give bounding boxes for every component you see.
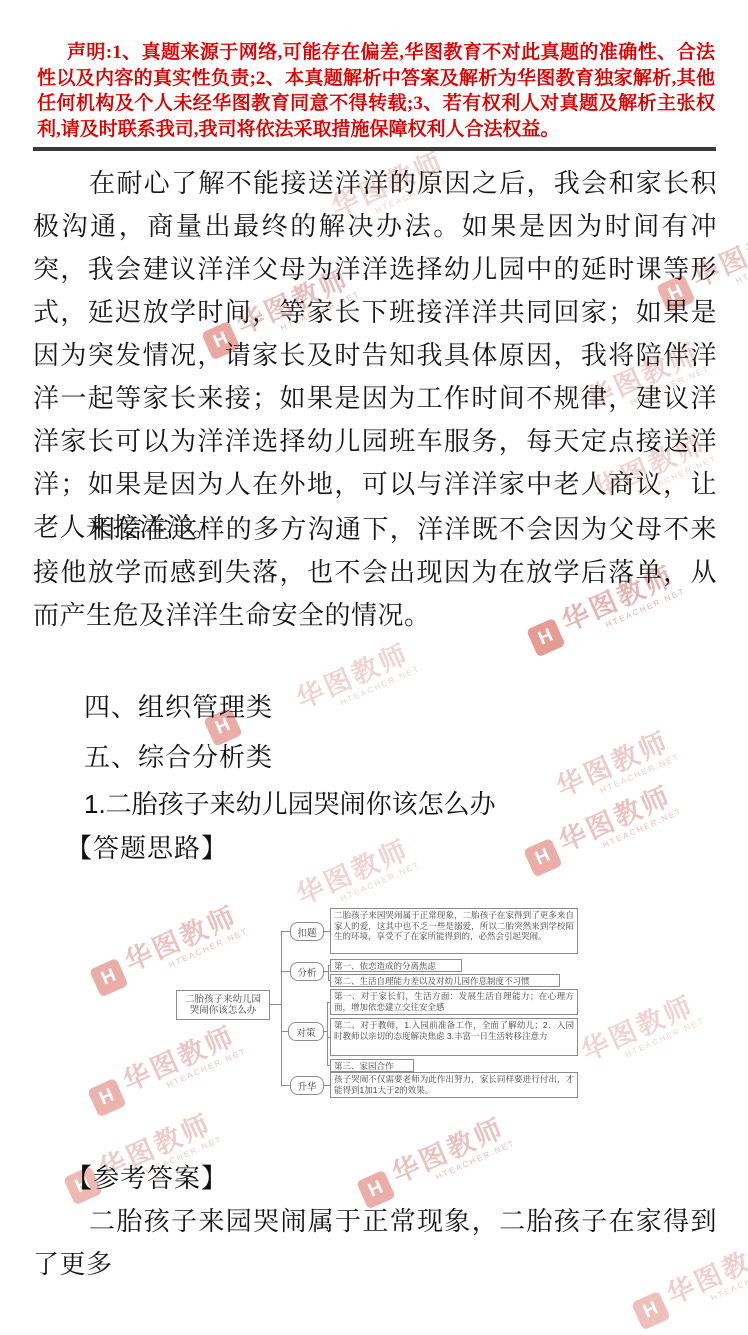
watermark: H华图教师HTEACHER.NET bbox=[293, 638, 422, 722]
diagram-connector bbox=[328, 965, 329, 981]
diagram-node-duice: 对策 bbox=[288, 1022, 324, 1041]
diagram-connector bbox=[281, 931, 290, 932]
watermark: H华图教师HTEACHER.NET bbox=[87, 901, 249, 1000]
disclaimer: 声明:1、真题来源于网络,可能存在偏差,华图教育不对此真题的准确性、合法性以及内… bbox=[37, 40, 715, 142]
watermark: H华图教师HTEACHER.NET bbox=[578, 990, 707, 1074]
watermark-text: 华图教师 bbox=[388, 1113, 512, 1188]
watermark-site: HTEACHER.NET bbox=[339, 665, 421, 707]
watermark-text: 华图教师 bbox=[555, 781, 679, 856]
watermark-site: HTEACHER.NET bbox=[168, 927, 250, 969]
watermark-site: HTEACHER.NET bbox=[735, 243, 748, 285]
diagram-leaf-shenghua-1: 孩子哭闹不仅需要老师为此作出努力，家长同样要进行付出，才能得到1加1大于2的效果… bbox=[330, 1072, 578, 1098]
diagram-leaf-duice-3: 第三、家园合作 bbox=[330, 1059, 414, 1072]
watermark-site: HTEACHER.NET bbox=[435, 1139, 517, 1181]
heading-reference-answer: 【参考答案】 bbox=[66, 1158, 228, 1195]
document-page: H华图教师HTEACHER.NET H华图教师HTEACHER.NET H华图教… bbox=[0, 0, 748, 1335]
watermark-text: 华图教师 bbox=[121, 901, 245, 976]
huatu-logo-icon: H bbox=[523, 837, 563, 877]
paragraph-reference-answer: 二胎孩子来园哭闹属于正常现象，二胎孩子在家得到了更多 bbox=[33, 1200, 717, 1286]
diagram-leaf-fenxi-2: 第二、生活自理能力差以及对幼儿园作息制度不习惯 bbox=[330, 974, 560, 987]
watermark-text: 华图教师 bbox=[553, 726, 677, 801]
watermark: H华图教师HTEACHER.NET bbox=[293, 834, 422, 918]
watermark: H华图教师HTEACHER.NET bbox=[553, 726, 682, 810]
huatu-logo-icon: H bbox=[631, 1290, 671, 1330]
watermark-site: HTEACHER.NET bbox=[339, 861, 421, 903]
paragraph-solution: 在耐心了解不能接送洋洋的原因之后，我会和家长积极沟通，商量出最终的解决办法。如果… bbox=[33, 162, 717, 549]
diagram-node-shenghua: 升华 bbox=[290, 1076, 324, 1095]
heading-section-5: 五、综合分析类 bbox=[84, 737, 273, 774]
diagram-root-node: 二胎孩子来幼儿园哭闹你该怎么办 bbox=[176, 990, 270, 1020]
diagram-node-kouti: 扣题 bbox=[290, 922, 324, 941]
huatu-logo-icon: H bbox=[87, 1077, 127, 1117]
heading-section-4: 四、组织管理类 bbox=[84, 687, 273, 724]
diagram-leaf-kouti-1: 二胎孩子来园哭闹属于正常现象，二胎孩子在家得到了更多来自家人的爱，这其中也不乏一… bbox=[330, 908, 578, 954]
diagram-leaf-fenxi-1: 第一、依恋造成的分离焦虑 bbox=[330, 959, 462, 972]
diagram-connector bbox=[281, 931, 282, 1085]
watermark-text: 华图教师 bbox=[119, 1021, 243, 1096]
watermark-site: HTEACHER.NET bbox=[602, 807, 684, 849]
heading-answer-idea: 【答题思路】 bbox=[66, 828, 228, 865]
watermark-site: HTEACHER.NET bbox=[166, 1047, 248, 1089]
watermark: H华图教师HTEACHER.NET bbox=[85, 1021, 247, 1120]
diagram-connector bbox=[281, 1085, 290, 1086]
heading-question-1: 1.二胎孩子来幼儿园哭闹你该怎么办 bbox=[84, 784, 496, 821]
divider-line bbox=[33, 147, 716, 151]
diagram-connector bbox=[281, 1031, 288, 1032]
watermark-text: 华图教师 bbox=[293, 638, 417, 713]
watermark-site: HTEACHER.NET bbox=[624, 1017, 706, 1059]
watermark-text: 华图教师 bbox=[293, 834, 417, 909]
disclaimer-text: 1、真题来源于网络,可能存在偏差,华图教育不对此真题的准确性、合法性以及内容的真… bbox=[37, 42, 715, 140]
watermark: H华图教师HTEACHER.NET bbox=[521, 781, 683, 880]
watermark-site: HTEACHER.NET bbox=[599, 753, 681, 795]
diagram-connector bbox=[327, 1002, 328, 1066]
paragraph-conclusion: 相信在这样的多方沟通下，洋洋既不会因为父母不来接他放学而感到失落，也不会出现因为… bbox=[33, 508, 717, 637]
diagram-connector bbox=[281, 971, 290, 972]
disclaimer-label: 声明: bbox=[67, 42, 112, 63]
diagram-connector bbox=[270, 1004, 281, 1005]
huatu-logo-icon: H bbox=[89, 957, 129, 997]
diagram-leaf-duice-1: 第一、对于家长们，生活方面：发展生活自理能力；在心理方面，增加依恋建立交往安全感 bbox=[330, 989, 578, 1015]
diagram-leaf-duice-2: 第二、对于教师，1.入园前准备工作，全面了解幼儿；2、入园时教师以亲切的态度解决… bbox=[330, 1018, 578, 1056]
watermark-text: 华图教师 bbox=[578, 990, 702, 1065]
diagram-node-fenxi: 分析 bbox=[290, 962, 324, 981]
watermark: H华图教师HTEACHER.NET bbox=[354, 1113, 516, 1212]
